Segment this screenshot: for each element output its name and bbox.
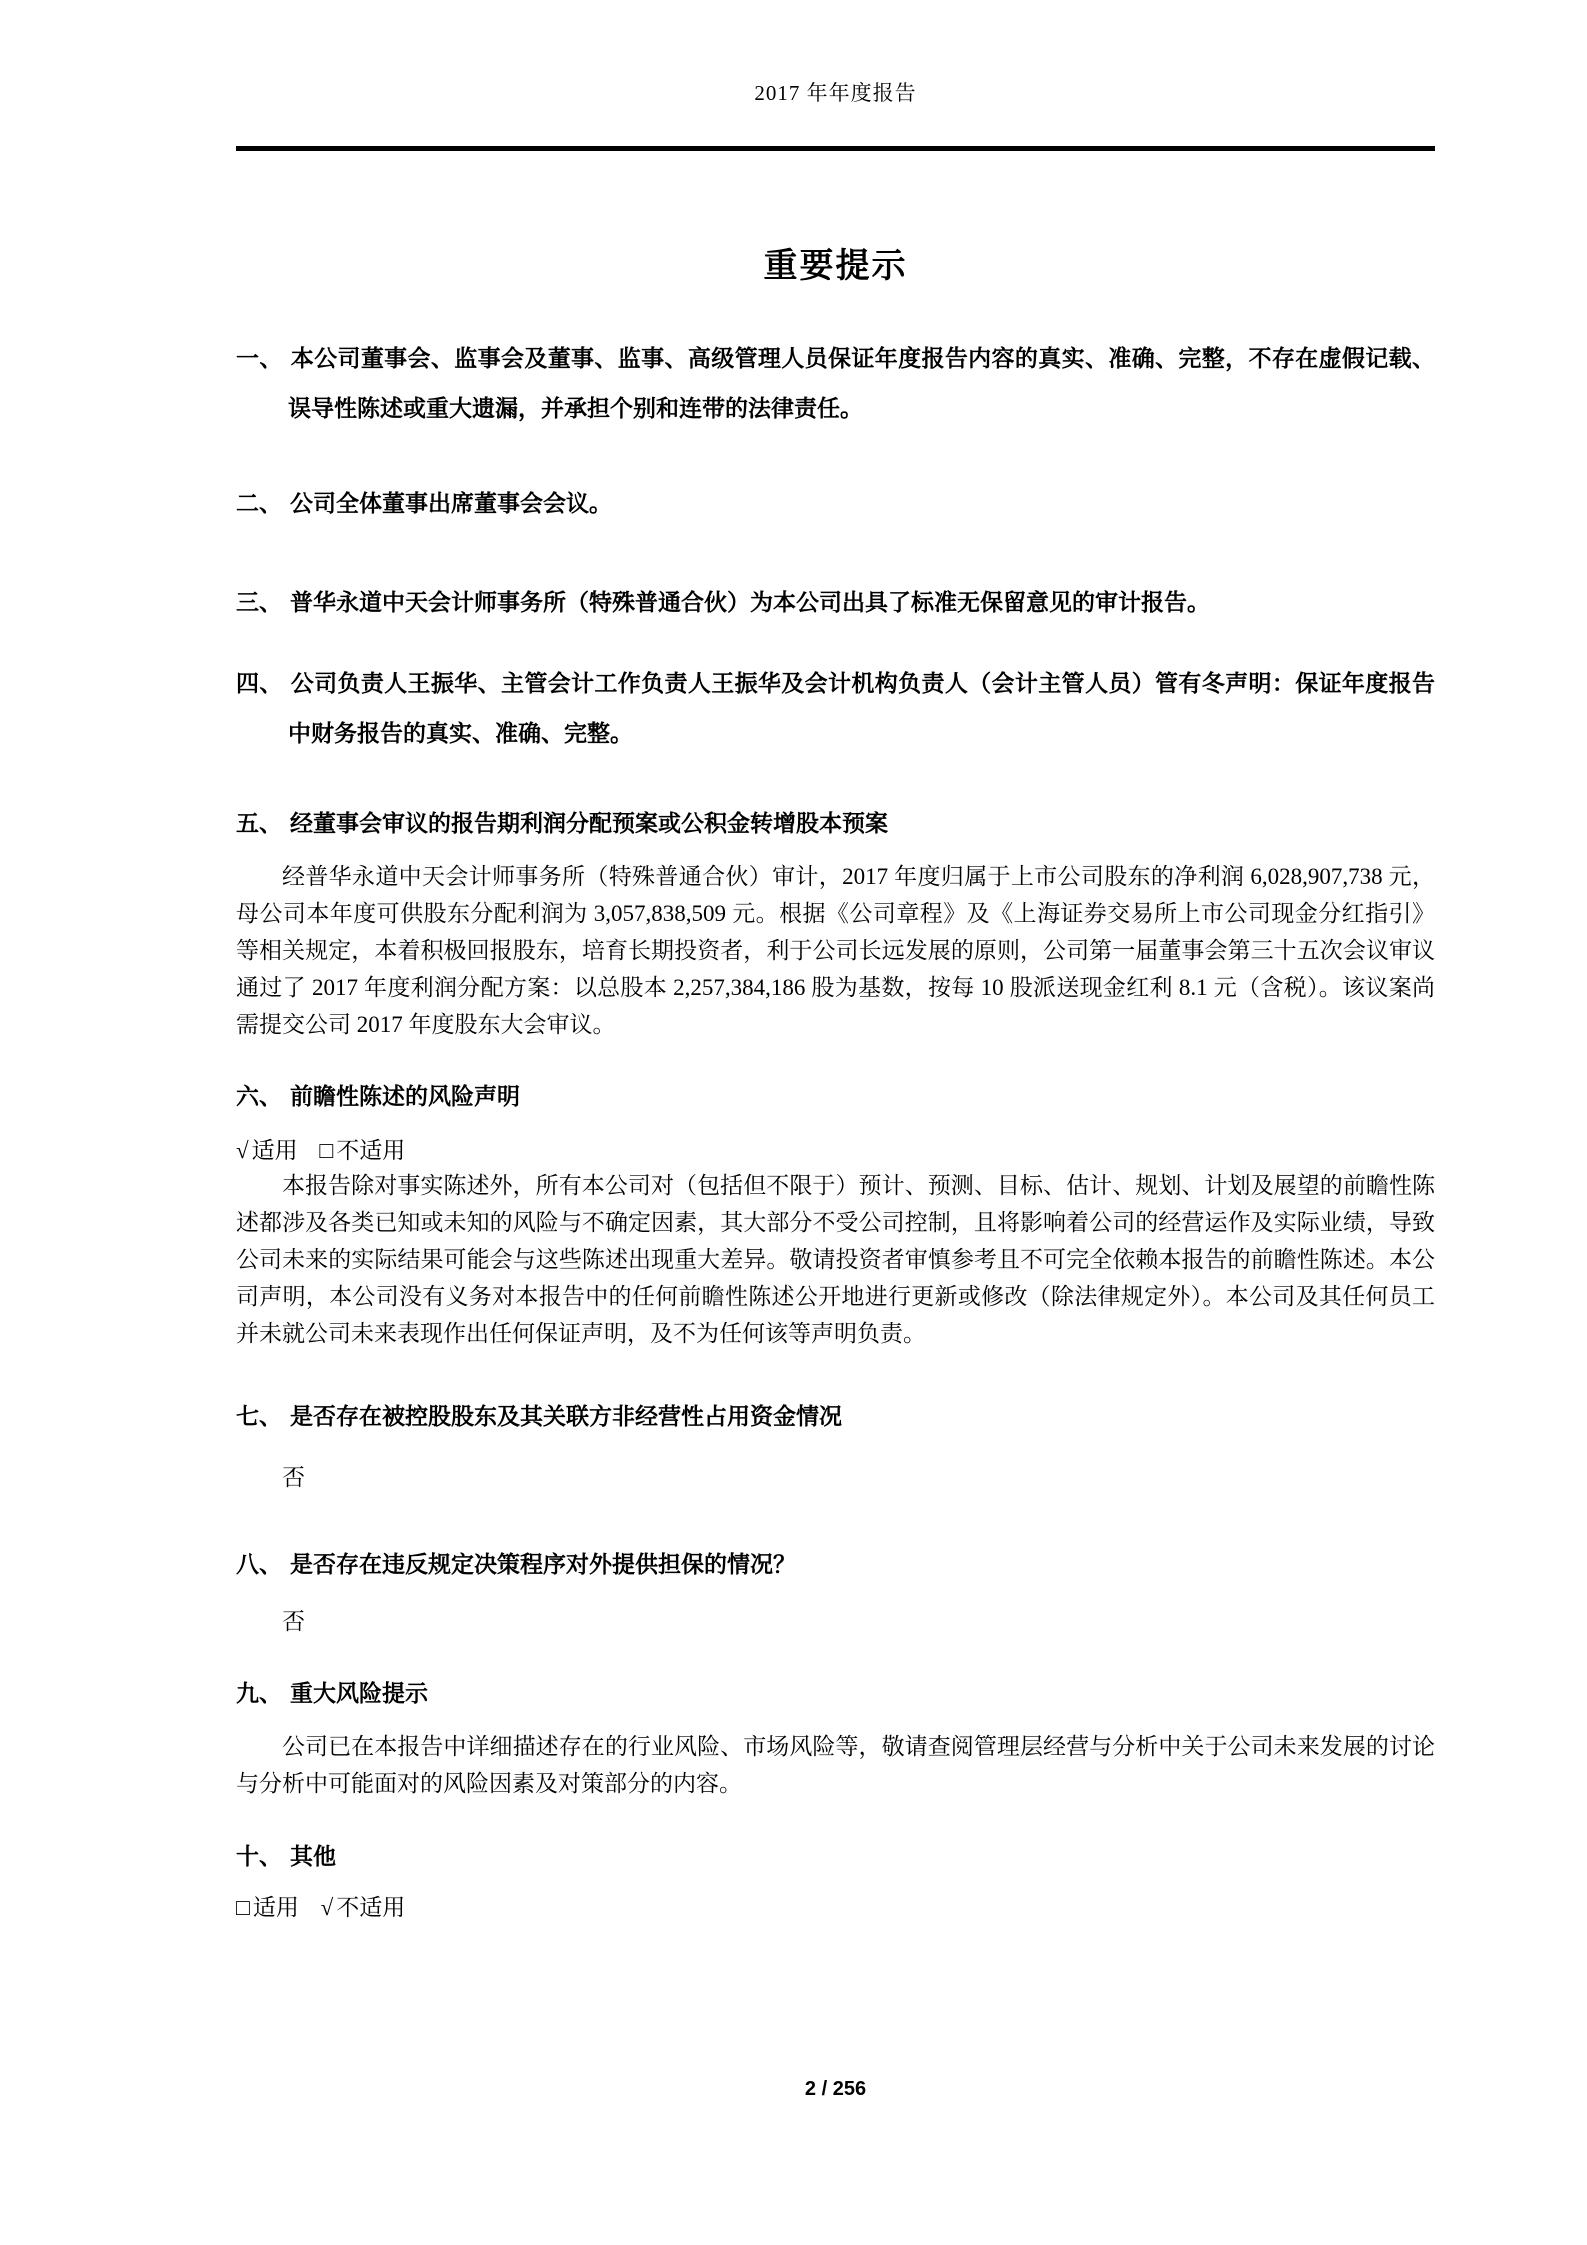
section-7-heading: 七、是否存在被控股股东及其关联方非经营性占用资金情况 (236, 1396, 1435, 1436)
section-3-text: 普华永道中天会计师事务所（特殊普通合伙）为本公司出具了标准无保留意见的审计报告。 (290, 589, 1210, 615)
section-9-paragraph: 公司已在本报告中详细描述存在的行业风险、市场风险等，敬请查阅管理层经营与分析中关… (236, 1728, 1435, 1802)
section-7-answer: 否 (236, 1459, 1435, 1496)
section-6-text: 前瞻性陈述的风险声明 (290, 1083, 520, 1109)
section-10-text: 其他 (290, 1843, 336, 1869)
section-7-text: 是否存在被控股股东及其关联方非经营性占用资金情况 (290, 1403, 842, 1429)
applicable-label: 适用 (252, 1138, 298, 1163)
section-1-heading: 一、本公司董事会、监事会及董事、监事、高级管理人员保证年度报告内容的真实、准确、… (236, 333, 1435, 433)
section-10-heading: 十、其他 (236, 1836, 1435, 1876)
section-2-heading: 二、公司全体董事出席董事会会议。 (236, 478, 1435, 528)
not-applicable-label: 不适用 (336, 1895, 405, 1920)
section-1-number: 一、 (236, 345, 283, 371)
section-5-heading: 五、经董事会审议的报告期利润分配预案或公积金转增股本预案 (236, 803, 1435, 843)
section-5-text: 经董事会审议的报告期利润分配预案或公积金转增股本预案 (290, 810, 888, 836)
checkbox-icon: □ (236, 1895, 250, 1920)
section-10-number: 十、 (236, 1843, 282, 1869)
section-7-number: 七、 (236, 1403, 282, 1429)
section-5-paragraph: 经普华永道中天会计师事务所（特殊普通合伙）审计，2017 年度归属于上市公司股东… (236, 858, 1435, 1043)
section-4-text: 公司负责人王振华、主管会计工作负责人王振华及会计机构负责人（会计主管人员）管有冬… (288, 670, 1435, 746)
page-header-title: 2017 年年度报告 (236, 0, 1435, 108)
checkmark-icon: √ (321, 1895, 334, 1920)
section-6-number: 六、 (236, 1083, 282, 1109)
checkbox-icon: □ (319, 1138, 333, 1163)
section-8-answer: 否 (236, 1603, 1435, 1640)
not-applicable-option: □不适用 (319, 1138, 405, 1163)
section-2-text: 公司全体董事出席董事会会议。 (290, 490, 612, 516)
section-4-number: 四、 (236, 670, 283, 696)
section-1-text: 本公司董事会、监事会及董事、监事、高级管理人员保证年度报告内容的真实、准确、完整… (288, 345, 1435, 421)
applicable-option: √适用 (236, 1138, 298, 1163)
checkmark-icon: √ (236, 1138, 249, 1163)
section-4-heading: 四、公司负责人王振华、主管会计工作负责人王振华及会计机构负责人（会计主管人员）管… (236, 658, 1435, 758)
not-applicable-option: √不适用 (321, 1895, 406, 1920)
applicable-label: 适用 (253, 1895, 299, 1920)
section-3-number: 三、 (236, 589, 282, 615)
page-title: 重要提示 (236, 243, 1435, 289)
section-8-text: 是否存在违反规定决策程序对外提供担保的情况？ (290, 1551, 796, 1577)
section-5-number: 五、 (236, 810, 282, 836)
section-6-heading: 六、前瞻性陈述的风险声明 (236, 1076, 1435, 1116)
section-9-heading: 九、重大风险提示 (236, 1673, 1435, 1713)
section-8-number: 八、 (236, 1551, 282, 1577)
section-10-applicability: □适用 √不适用 (236, 1891, 1435, 1924)
page-content: 2017 年年度报告 重要提示 一、本公司董事会、监事会及董事、监事、高级管理人… (0, 0, 1587, 1924)
section-6-applicability: √适用 □不适用 (236, 1134, 1435, 1167)
section-6-paragraph: 本报告除对事实陈述外，所有本公司对（包括但不限于）预计、预测、目标、估计、规划、… (236, 1167, 1435, 1352)
section-8-heading: 八、是否存在违反规定决策程序对外提供担保的情况？ (236, 1544, 1435, 1584)
applicable-option: □适用 (236, 1895, 299, 1920)
header-divider (236, 146, 1435, 151)
section-3-heading: 三、普华永道中天会计师事务所（特殊普通合伙）为本公司出具了标准无保留意见的审计报… (236, 577, 1435, 627)
not-applicable-label: 不适用 (336, 1138, 405, 1163)
section-9-text: 重大风险提示 (290, 1680, 428, 1706)
section-2-number: 二、 (236, 490, 282, 516)
page-number: 2 / 256 (236, 2078, 1435, 2101)
report-page: 2017 年年度报告 重要提示 一、本公司董事会、监事会及董事、监事、高级管理人… (0, 0, 1587, 2245)
section-9-number: 九、 (236, 1680, 282, 1706)
